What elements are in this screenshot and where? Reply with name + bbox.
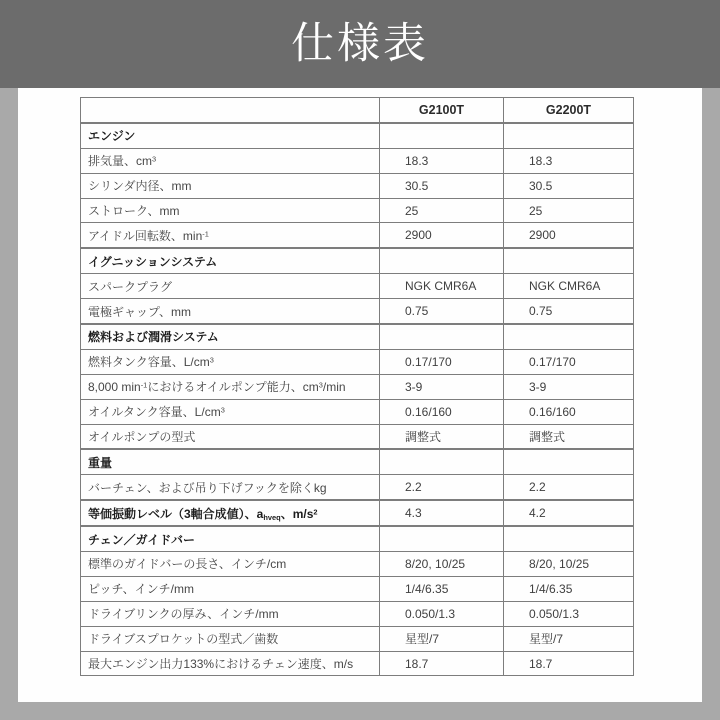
spec-row: オイルポンプの型式調整式調整式 [81,424,634,449]
spec-row: 排気量、cm318.318.3 [81,148,634,173]
spec-value: 25 [504,198,634,223]
spec-label: 8,000 min-1におけるオイルポンプ能力、cm3/min [81,374,380,399]
spec-label: 等価振動レベル（3軸合成値）、ahveq、m/s2 [81,500,380,526]
spec-value: 2.2 [380,475,504,500]
section-label: イグニッションシステム [81,248,380,273]
spec-value: 8/20, 10/25 [380,552,504,577]
section-row: 重量 [81,449,634,474]
spec-value: 18.7 [380,651,504,676]
spec-value: 25 [380,198,504,223]
spec-sheet-panel: G2100T G2200T エンジン排気量、cm318.318.3シリンダ内径、… [18,88,702,702]
spec-value: 3-9 [380,374,504,399]
spec-value [504,123,634,148]
spec-value [380,526,504,551]
spec-value [380,449,504,474]
section-row: イグニッションシステム [81,248,634,273]
spec-value: 0.75 [380,299,504,324]
page: { "header": { "title": "仕様表" }, "colors"… [0,0,720,720]
spec-value: 18.7 [504,651,634,676]
spec-label: 燃料タンク容量、L/cm3 [81,349,380,374]
page-title: 仕様表 [291,23,429,66]
spec-value [504,248,634,273]
spec-value: 1/4/6.35 [504,576,634,601]
spec-value: 0.17/170 [504,349,634,374]
spec-table-body: エンジン排気量、cm318.318.3シリンダ内径、mm30.530.5ストロー… [81,123,634,676]
spec-row: 電極ギャップ、mm0.750.75 [81,299,634,324]
spec-row: シリンダ内径、mm30.530.5 [81,173,634,198]
spec-value: 2900 [504,223,634,248]
spec-value: 0.050/1.3 [380,601,504,626]
spec-value: NGK CMR6A [380,274,504,299]
spec-label: バーチェン、および吊り下げフックを除くkg [81,475,380,500]
spec-label: アイドル回転数、min-1 [81,223,380,248]
spec-value [380,324,504,349]
spec-row: ドライブスプロケットの型式／歯数星型/7星型/7 [81,626,634,651]
spec-value: 30.5 [380,173,504,198]
spec-value [380,248,504,273]
column-header-g2200t: G2200T [504,98,634,123]
title-banner: 仕様表 [0,0,720,88]
spec-row: ピッチ、インチ/mm1/4/6.351/4/6.35 [81,576,634,601]
spec-value: 1/4/6.35 [380,576,504,601]
spec-value: 30.5 [504,173,634,198]
section-label: 重量 [81,449,380,474]
spec-row: オイルタンク容量、L/cm30.16/1600.16/160 [81,399,634,424]
spec-row: アイドル回転数、min-129002900 [81,223,634,248]
spec-value: 星型/7 [504,626,634,651]
spec-value: 3-9 [504,374,634,399]
spec-label: シリンダ内径、mm [81,173,380,198]
spec-value: 18.3 [380,148,504,173]
spec-label: ドライブスプロケットの型式／歯数 [81,626,380,651]
spec-row: スパークプラグNGK CMR6ANGK CMR6A [81,274,634,299]
spec-label: 標準のガイドバーの長さ、インチ/cm [81,552,380,577]
section-row: 燃料および潤滑システム [81,324,634,349]
spec-row: 標準のガイドバーの長さ、インチ/cm8/20, 10/258/20, 10/25 [81,552,634,577]
section-row: エンジン [81,123,634,148]
spec-value: 4.3 [380,500,504,526]
spec-label: 排気量、cm3 [81,148,380,173]
section-row: チェン／ガイドバー [81,526,634,551]
spec-row: バーチェン、および吊り下げフックを除くkg2.22.2 [81,475,634,500]
spec-value: 調整式 [504,424,634,449]
empty-header-cell [81,98,380,123]
spec-value: 18.3 [504,148,634,173]
spec-label: 電極ギャップ、mm [81,299,380,324]
spec-value: 0.17/170 [380,349,504,374]
spec-label: ストローク、mm [81,198,380,223]
spec-label: オイルポンプの型式 [81,424,380,449]
spec-label: ドライブリンクの厚み、インチ/mm [81,601,380,626]
spec-row: 燃料タンク容量、L/cm30.17/1700.17/170 [81,349,634,374]
table-header-row: G2100T G2200T [81,98,634,123]
spec-value: 4.2 [504,500,634,526]
column-header-g2100t: G2100T [380,98,504,123]
spec-label: スパークプラグ [81,274,380,299]
spec-value [504,526,634,551]
spec-value [504,449,634,474]
spec-value [504,324,634,349]
spec-row: ストローク、mm2525 [81,198,634,223]
spec-label: オイルタンク容量、L/cm3 [81,399,380,424]
spec-value [380,123,504,148]
spec-row: 等価振動レベル（3軸合成値）、ahveq、m/s24.34.2 [81,500,634,526]
spec-value: NGK CMR6A [504,274,634,299]
spec-row: 8,000 min-1におけるオイルポンプ能力、cm3/min3-93-9 [81,374,634,399]
spec-value: 2.2 [504,475,634,500]
spec-value: 0.75 [504,299,634,324]
spec-row: 最大エンジン出力133%におけるチェン速度、m/s18.718.7 [81,651,634,676]
spec-label: 最大エンジン出力133%におけるチェン速度、m/s [81,651,380,676]
spec-table: G2100T G2200T エンジン排気量、cm318.318.3シリンダ内径、… [80,97,634,676]
spec-value: 0.16/160 [380,399,504,424]
section-label: エンジン [81,123,380,148]
spec-value: 0.16/160 [504,399,634,424]
spec-value: 調整式 [380,424,504,449]
spec-value: 星型/7 [380,626,504,651]
spec-label: ピッチ、インチ/mm [81,576,380,601]
spec-value: 2900 [380,223,504,248]
spec-row: ドライブリンクの厚み、インチ/mm0.050/1.30.050/1.3 [81,601,634,626]
section-label: チェン／ガイドバー [81,526,380,551]
spec-value: 0.050/1.3 [504,601,634,626]
spec-value: 8/20, 10/25 [504,552,634,577]
section-label: 燃料および潤滑システム [81,324,380,349]
